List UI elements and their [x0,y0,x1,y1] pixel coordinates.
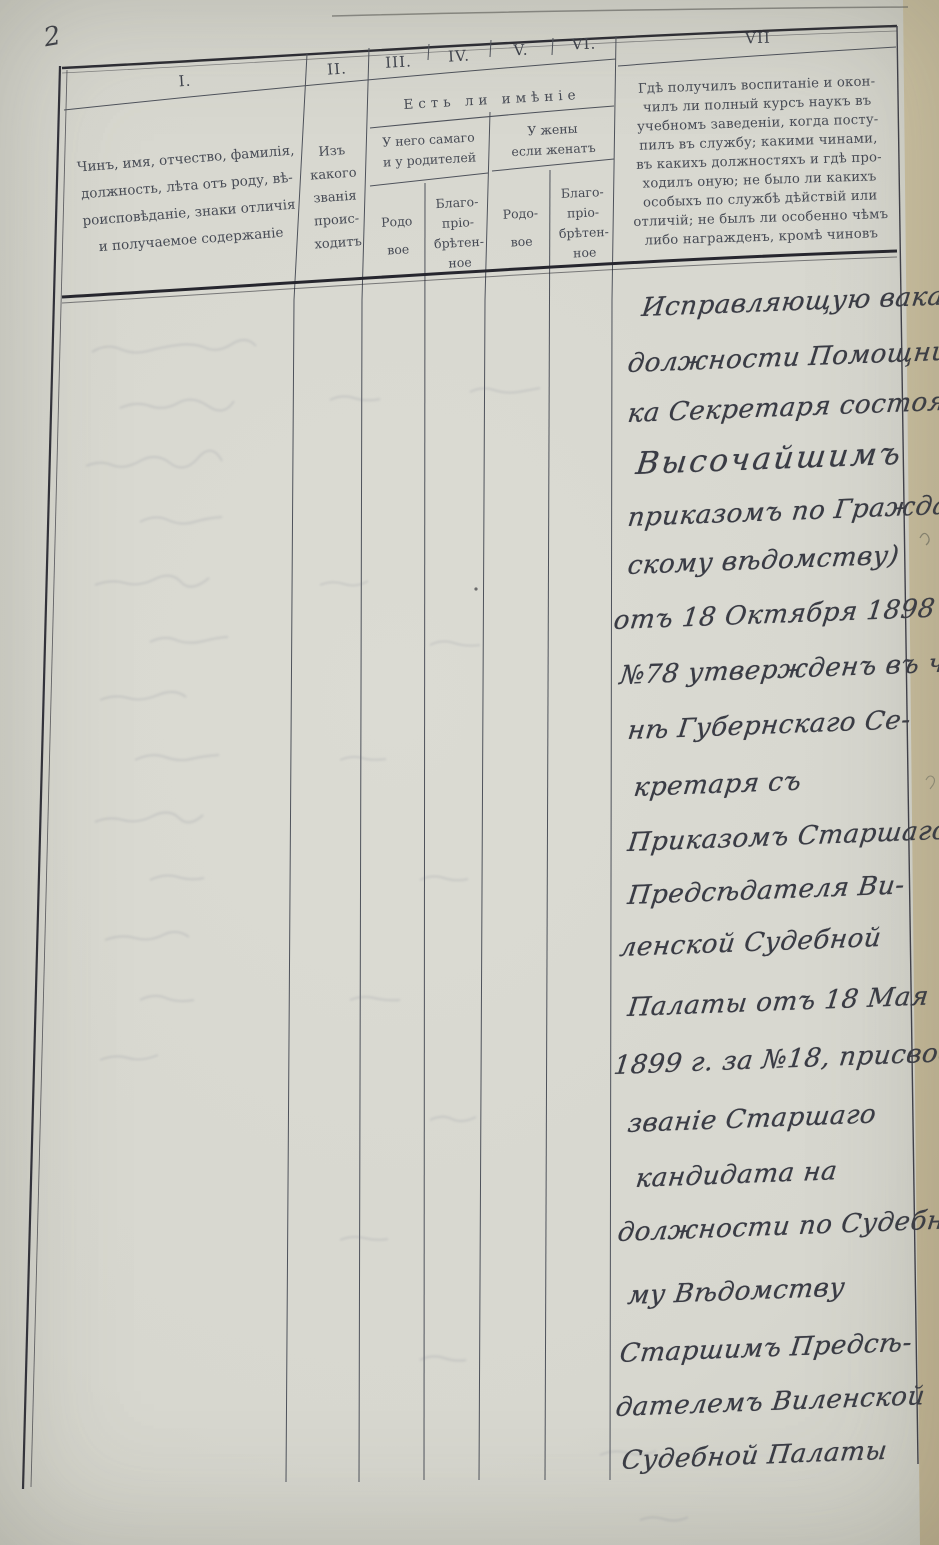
col-line-5-6 [545,170,550,1480]
column-numeral-v: V. [491,40,552,61]
table-left-border [23,66,60,1489]
col4-header-line: ное [428,251,492,274]
col1-header: Чинъ, имя, отчество, фамилія, должность,… [76,138,300,263]
col3-header: Родо вое [367,206,429,265]
column-numeral-iv: IV. [429,45,490,66]
col4-header-line: брѣтен- [427,231,491,254]
col6-header-line: пріо- [551,202,615,225]
col7-header: Гдѣ получилъ воспитаніе и окон- чилъ ли … [622,72,895,251]
own-group-header: У него самаго и у родителей [369,127,489,174]
col3-header-line: вое [368,234,428,265]
col3-header-line: Родо [367,206,427,237]
numeral-vii-rule [618,47,896,66]
col6-header-line: Благо- [550,182,614,205]
col6-header-line: ное [553,242,617,265]
col5-header: Родо- вое [489,199,553,258]
table-right-border [897,26,918,1464]
bleed-through-ghost-writing [86,340,688,1521]
page-top-edge-line [332,7,908,16]
col2-header: Изъ какого званія проис- ходитъ [299,138,371,257]
wife-group-header: У жены если женатъ [491,117,615,163]
column-numeral-vi: VI. [553,34,616,54]
own-group-rule [370,173,488,186]
col5-header-line: Родо- [489,199,552,230]
col6-header-line: брѣтен- [552,222,616,245]
col-line-1-2 [286,54,307,1482]
col-line-4-5 [479,112,490,1480]
col2-header-line: ходитъ [305,230,370,257]
ink-speck [474,587,477,590]
col2-header-line: какого [301,161,366,188]
col5-header-line: вое [490,227,553,258]
col-line-2-3 [359,48,369,1482]
formular-list-scan-page: 2 I. II. III. IV. V. VI. VII Чинъ, имя, … [0,0,939,1545]
table-left-border-inner [31,70,67,1487]
column-numeral-iii: III. [370,52,428,73]
col4-header: Благо- пріо- брѣтен- ное [425,191,492,274]
col-line-3-4 [424,183,425,1480]
col6-header: Благо- пріо- брѣтен- ное [550,182,616,265]
